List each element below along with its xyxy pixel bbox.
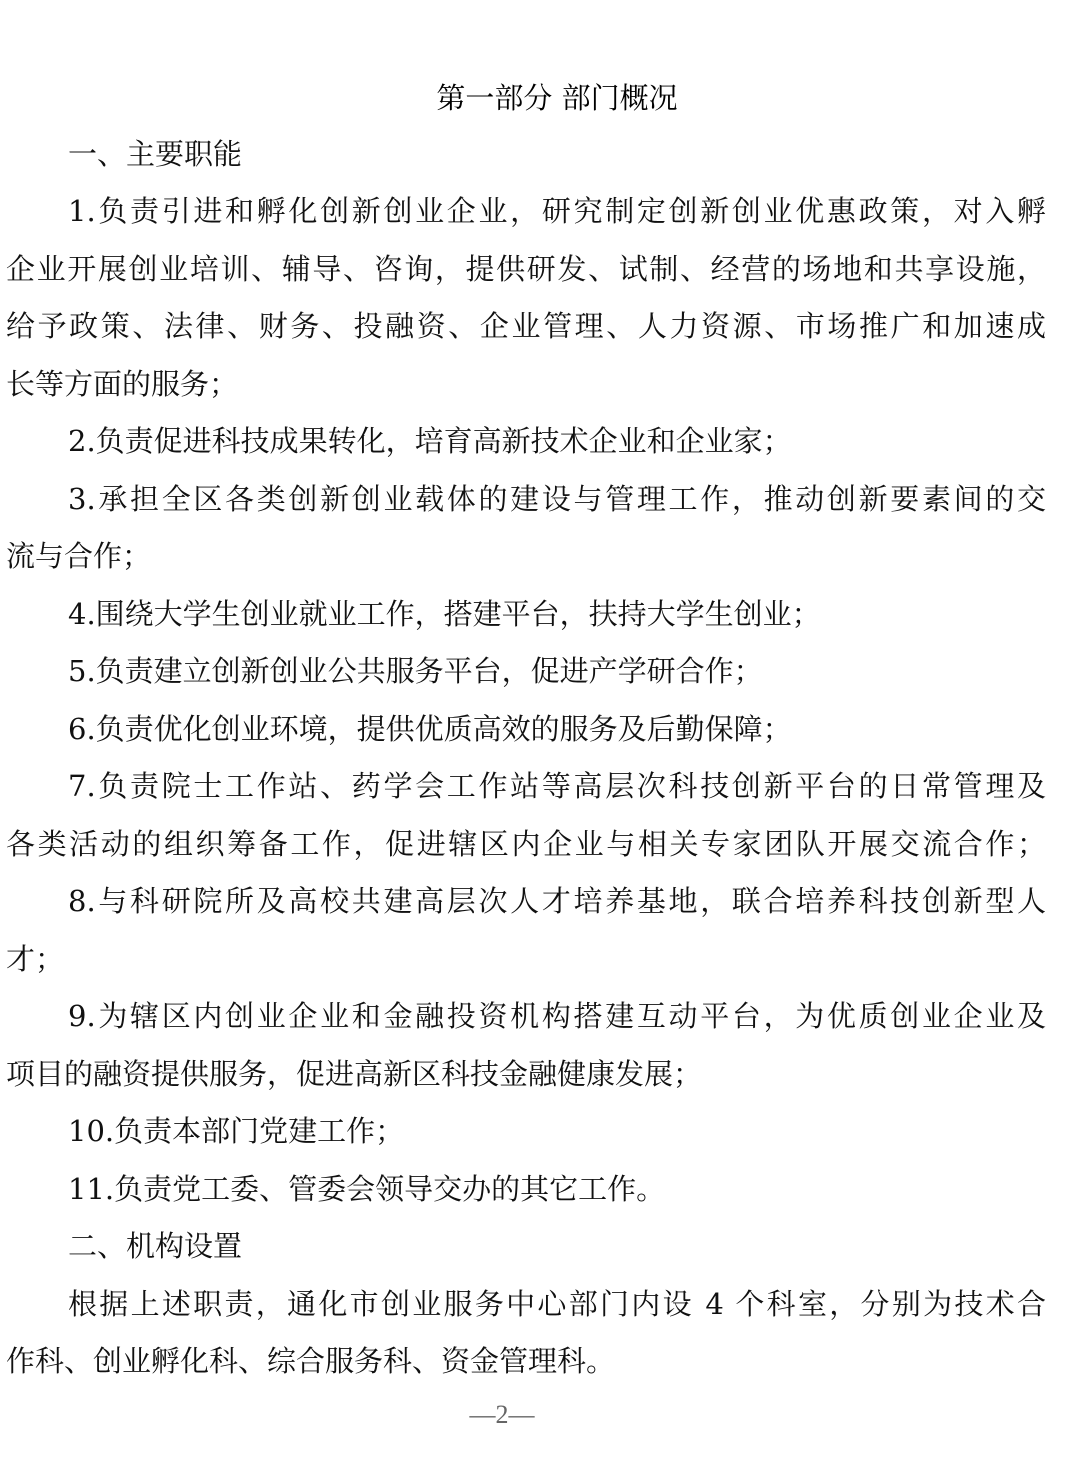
page-number: —2— bbox=[0, 1400, 1004, 1430]
item-11: 11.负责党工委、管委会领导交办的其它工作。 bbox=[68, 1169, 1046, 1209]
item-9-line-2: 项目的融资提供服务，促进高新区科技金融健康发展； bbox=[6, 1054, 1046, 1094]
page-title: 第一部分 部门概况 bbox=[0, 76, 1074, 117]
item-1-line-4: 长等方面的服务； bbox=[6, 364, 1046, 404]
structure-paragraph-line-1: 根据上述职责，通化市创业服务中心部门内设 4 个科室，分别为技术合 bbox=[68, 1284, 1046, 1324]
item-2: 2.负责促进科技成果转化，培育高新技术企业和企业家； bbox=[68, 421, 1046, 461]
item-3-line-1: 3.承担全区各类创新创业载体的建设与管理工作，推动创新要素间的交 bbox=[68, 479, 1046, 519]
structure-paragraph-line-2: 作科、创业孵化科、综合服务科、资金管理科。 bbox=[6, 1341, 1046, 1381]
section-heading-structure: 二、机构设置 bbox=[68, 1226, 1046, 1266]
item-8-line-1: 8.与科研院所及高校共建高层次人才培养基地，联合培养科技创新型人 bbox=[68, 881, 1046, 921]
item-1-line-1: 1.负责引进和孵化创新创业企业，研究制定创新创业优惠政策，对入孵 bbox=[68, 191, 1046, 231]
item-6: 6.负责优化创业环境，提供优质高效的服务及后勤保障； bbox=[68, 709, 1046, 749]
item-10: 10.负责本部门党建工作； bbox=[68, 1111, 1046, 1151]
item-7-line-1: 7.负责院士工作站、药学会工作站等高层次科技创新平台的日常管理及 bbox=[68, 766, 1046, 806]
item-3-line-2: 流与合作； bbox=[6, 536, 1046, 576]
item-5: 5.负责建立创新创业公共服务平台，促进产学研合作； bbox=[68, 651, 1046, 691]
item-9-line-1: 9.为辖区内创业企业和金融投资机构搭建互动平台，为优质创业企业及 bbox=[68, 996, 1046, 1036]
item-1-line-3: 给予政策、法律、财务、投融资、企业管理、人力资源、市场推广和加速成 bbox=[6, 306, 1046, 346]
item-8-line-2: 才； bbox=[6, 939, 1046, 979]
item-1-line-2: 企业开展创业培训、辅导、咨询，提供研发、试制、经营的场地和共享设施， bbox=[6, 249, 1046, 289]
item-4: 4.围绕大学生创业就业工作，搭建平台，扶持大学生创业； bbox=[68, 594, 1046, 634]
item-7-line-2: 各类活动的组织筹备工作，促进辖区内企业与相关专家团队开展交流合作； bbox=[6, 824, 1046, 864]
section-heading-functions: 一、主要职能 bbox=[68, 134, 1046, 174]
